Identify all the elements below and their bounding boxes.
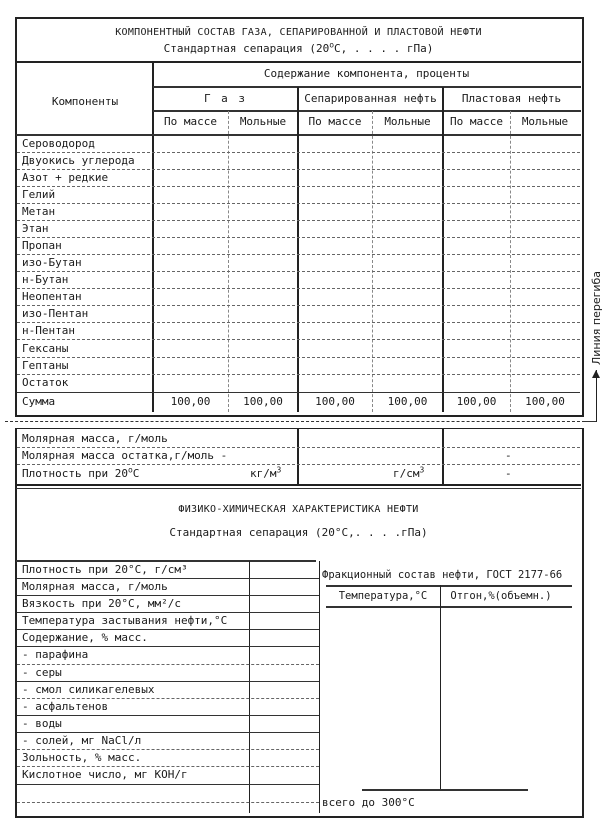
header-group-separated-oil: Сепарированная нефть xyxy=(298,92,443,106)
molar-mass-residue-label: Молярная масса остатка,г/моль - xyxy=(22,449,227,463)
subcol-sep-mass: По массе xyxy=(298,115,372,129)
section2-title: ФИЗИКО-ХИМИЧЕСКАЯ ХАРАКТЕРИСТИКА НЕФТИ xyxy=(17,503,580,517)
property-label: Содержание, % масс. xyxy=(22,631,148,645)
sum-sep-mass: 100,00 xyxy=(298,395,372,409)
property-label: - парафина xyxy=(22,648,88,662)
property-label: - смол силикагелевых xyxy=(22,683,154,697)
subcol-sep-molar: Мольные xyxy=(372,115,443,129)
sum-plast-mass: 100,00 xyxy=(443,395,510,409)
sum-gas-molar: 100,00 xyxy=(228,395,298,409)
fraction-col-yield: Отгон,%(объемн.) xyxy=(441,589,561,603)
subcol-gas-mass: По массе xyxy=(153,115,228,129)
header-components: Компоненты xyxy=(17,95,153,109)
property-label: Зольность, % масс. xyxy=(22,751,141,765)
subcol-plast-molar: Мольные xyxy=(510,115,580,129)
property-label: Молярная масса, г/моль xyxy=(22,580,168,594)
property-label: Плотность при 20°С, г/см³ xyxy=(22,563,188,577)
section1-title: КОМПОНЕНТНЫЙ СОСТАВ ГАЗА, СЕПАРИРОВАННОЙ… xyxy=(17,26,580,40)
dash-1: - xyxy=(505,449,512,463)
fraction-col-temp: Температура,°С xyxy=(326,589,440,603)
density-unit-gas: кг/м3 xyxy=(250,467,281,481)
property-label: - воды xyxy=(22,717,62,731)
property-label: - серы xyxy=(22,666,62,680)
property-label: - асфальтенов xyxy=(22,700,108,714)
molar-mass-label: Молярная масса, г/моль xyxy=(22,432,168,446)
section2-subtitle: Стандартная сепарация (20°С,. . . .гПа) xyxy=(17,526,580,540)
property-label: Температура застывания нефти,°С xyxy=(22,614,227,628)
header-group-reservoir-oil: Пластовая нефть xyxy=(443,92,580,106)
fraction-total: всего до 300°С xyxy=(322,796,415,810)
header-group-gas: Г а з xyxy=(153,92,298,106)
subcol-plast-mass: По массе xyxy=(443,115,510,129)
fold-label: Линия перегиба xyxy=(590,271,603,365)
fold-arrow-icon xyxy=(592,370,600,378)
dash-2: - xyxy=(505,467,512,481)
sum-sep-molar: 100,00 xyxy=(372,395,443,409)
sum-plast-molar: 100,00 xyxy=(510,395,580,409)
density-unit-oil: г/см3 xyxy=(393,467,424,481)
fold-line xyxy=(5,421,585,422)
property-label: Кислотное число, мг КОН/г xyxy=(22,768,188,782)
section1-subtitle: Стандартная сепарация (20оС, . . . . гПа… xyxy=(17,42,580,56)
sum-gas-mass: 100,00 xyxy=(153,395,228,409)
subcol-gas-molar: Мольные xyxy=(228,115,298,129)
fraction-title: Фракционный состав нефти, ГОСТ 2177-66 xyxy=(322,568,562,582)
property-label: Вязкость при 20°С, мм²/с xyxy=(22,597,181,611)
header-content: Содержание компонента, проценты xyxy=(153,67,580,81)
density-label: Плотность при 20оС xyxy=(22,467,139,481)
property-label: - солей, мг NaCl/л xyxy=(22,734,141,748)
